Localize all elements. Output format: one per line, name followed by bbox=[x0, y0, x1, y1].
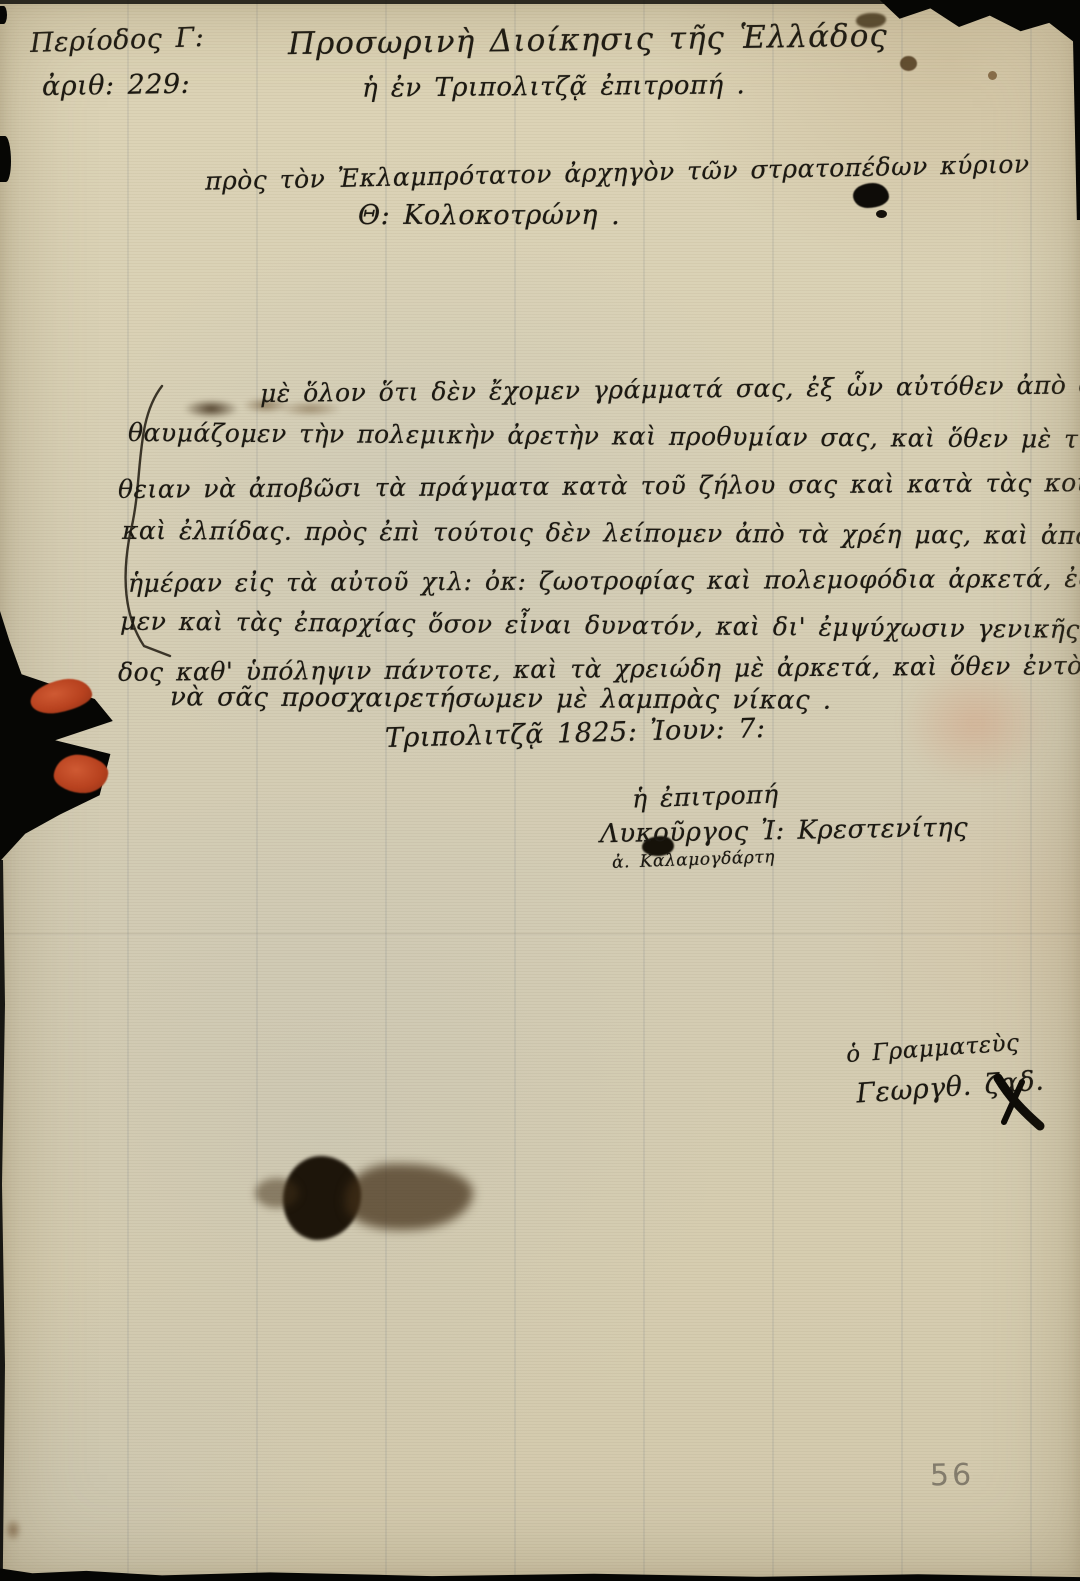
torn-nick-top-left bbox=[0, 6, 7, 24]
paper-sheet: Περίοδος Γ: ἀριθ: 229: Προσωρινὴ Διοίκησ… bbox=[0, 0, 1080, 1581]
paper-edge-shading bbox=[0, 0, 1080, 1581]
torn-edge-top bbox=[0, 0, 900, 4]
